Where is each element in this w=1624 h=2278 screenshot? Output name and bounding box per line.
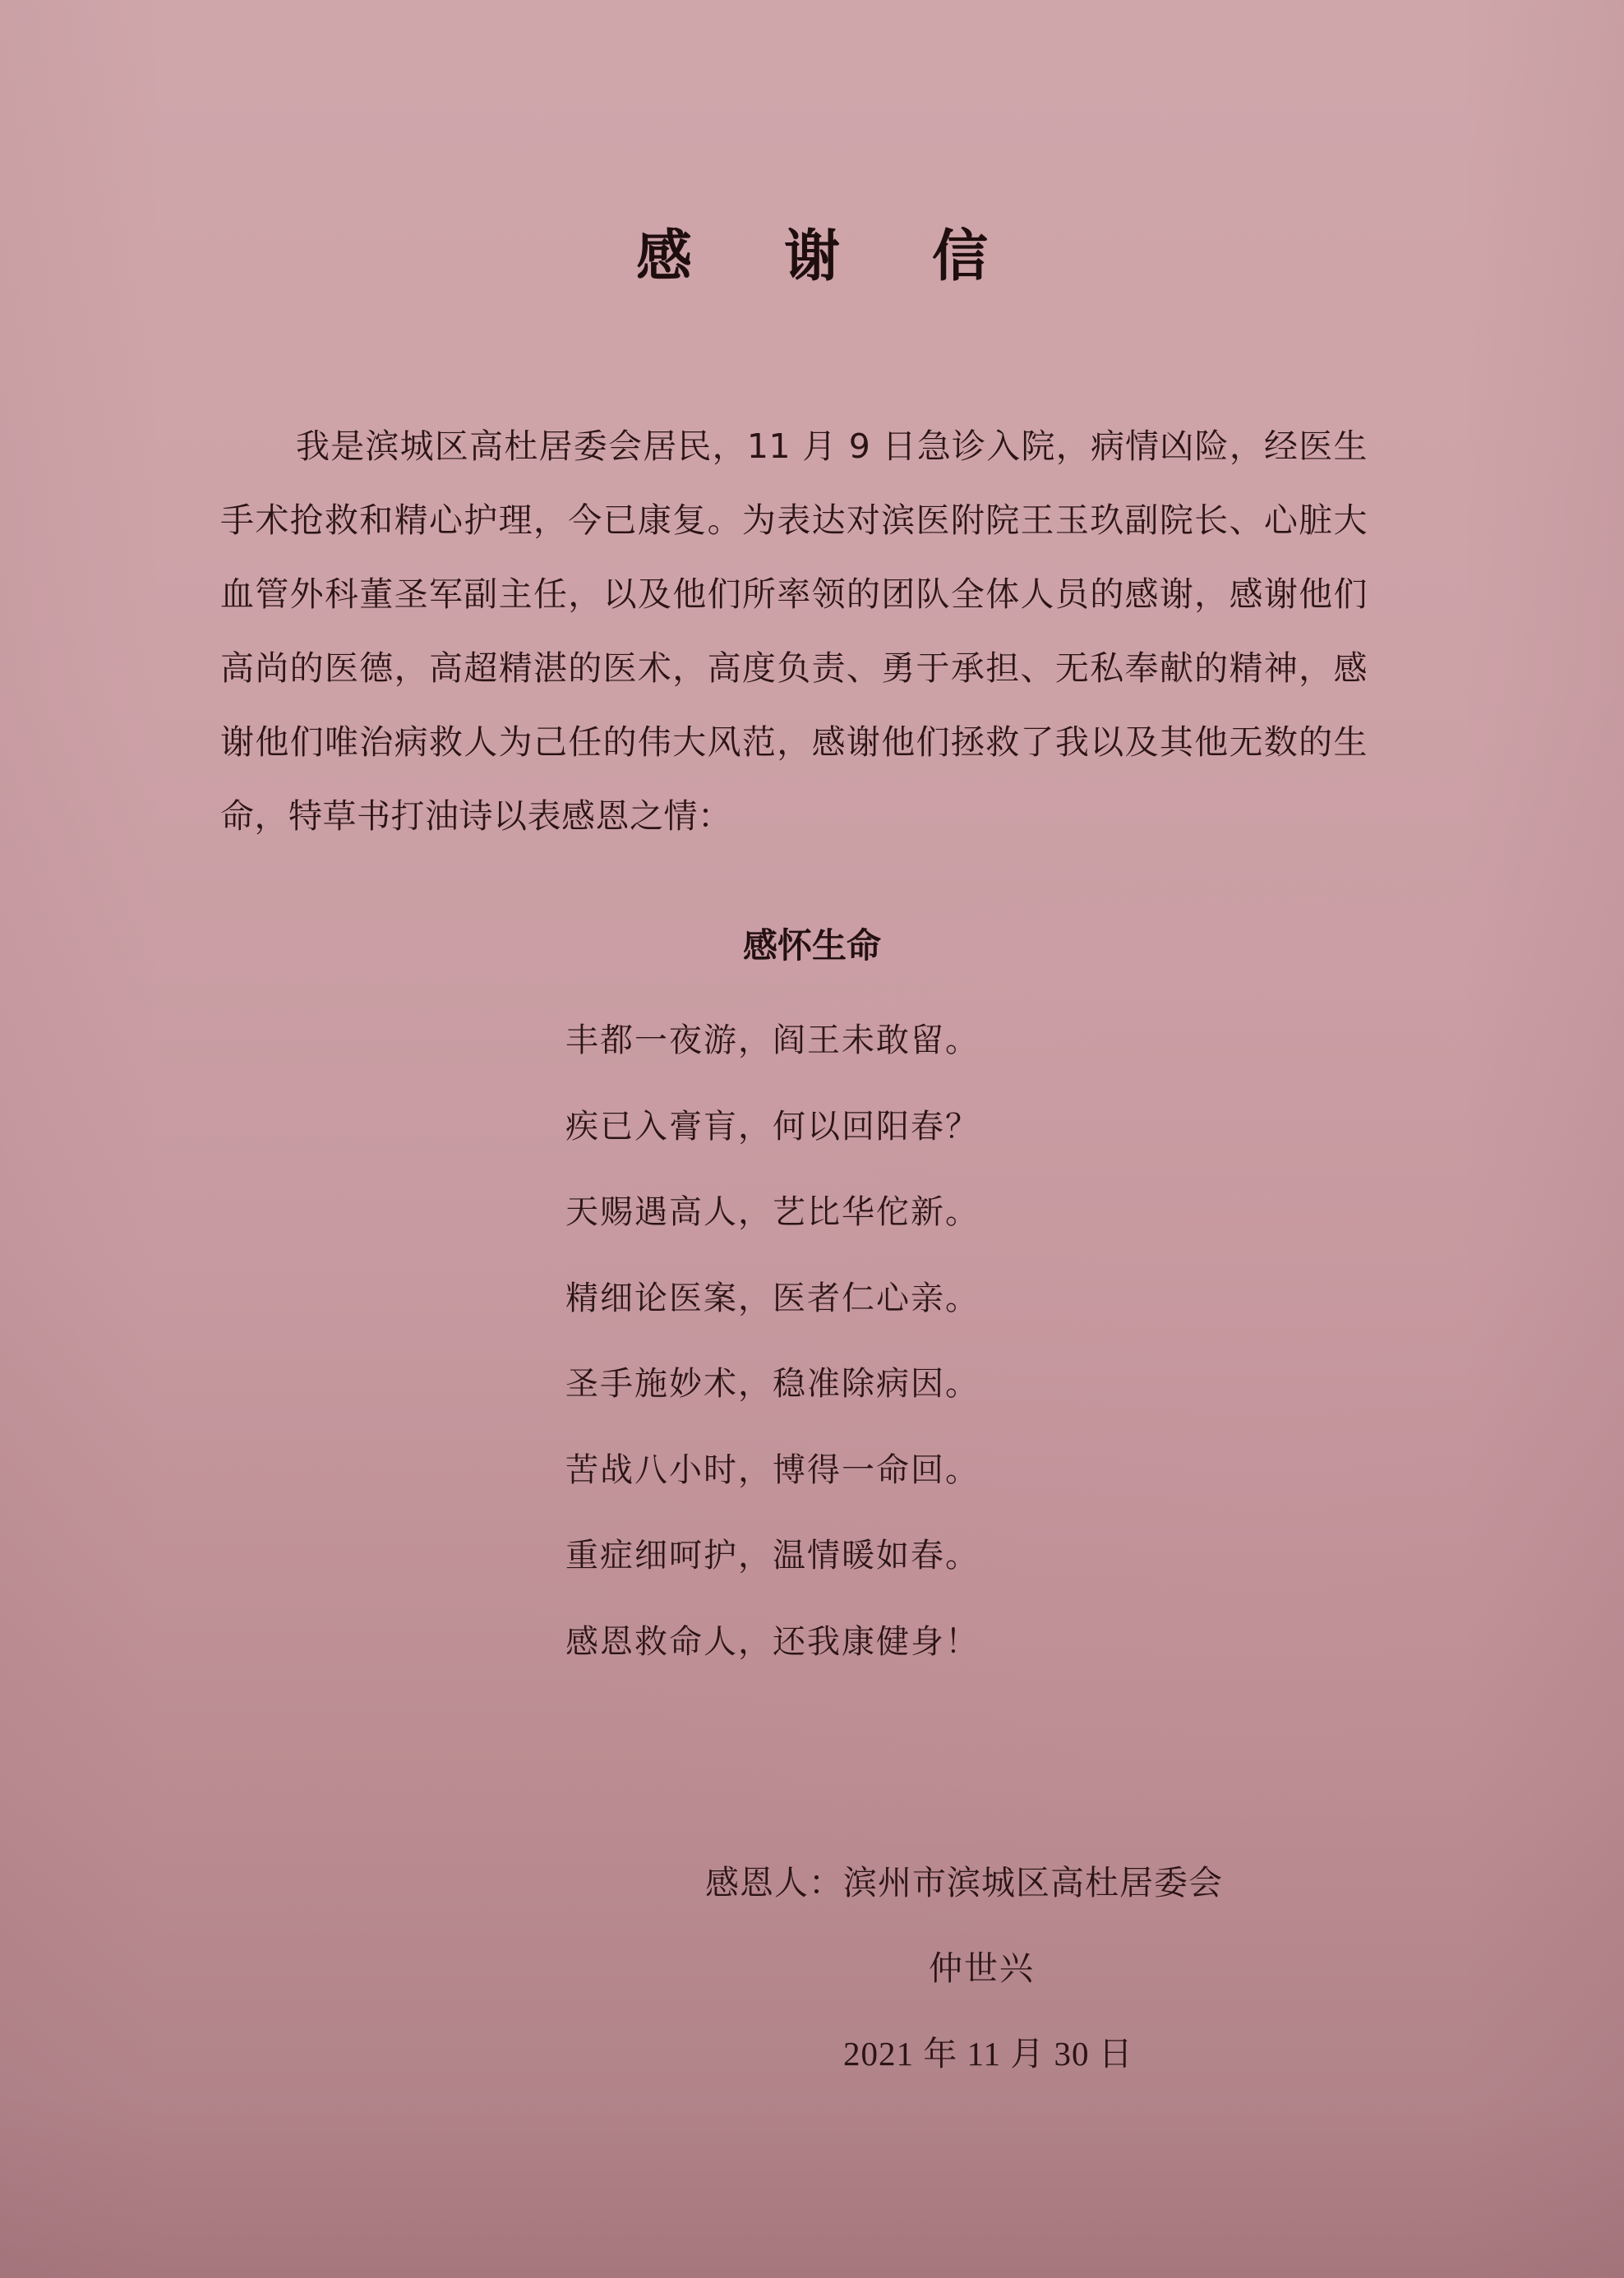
poem-line: 苦战八小时，博得一命回。 <box>565 1427 980 1514</box>
poem-line: 精细论医案，医者仁心亲。 <box>565 1256 980 1342</box>
poem-line: 圣手施妙术，稳准除病因。 <box>565 1341 980 1427</box>
title-char: 感 <box>636 212 692 292</box>
letter-body-paragraph: 我是滨城区高杜居委会居民，11 月 9 日急诊入院，病情凶险，经医生手术抢救和精… <box>220 409 1368 853</box>
poem: 丰都一夜游，阎王未敢留。 疾已入膏肓，何以回阳春？ 天赐遇高人，艺比华佗新。 精… <box>565 998 980 1685</box>
poem-line: 疾已入膏肓，何以回阳春？ <box>565 1084 980 1170</box>
letter-date: 2021 年 11 月 30 日 <box>843 2027 1133 2075</box>
signer-name: 仲世兴 <box>929 1941 1035 1990</box>
poem-line: 丰都一夜游，阎王未敢留。 <box>565 998 980 1084</box>
signature-line: 感恩人：滨州市滨城区高杜居委会 <box>705 1856 1223 1904</box>
poem-line: 天赐遇高人，艺比华佗新。 <box>565 1169 980 1256</box>
letter-title: 感谢信 <box>0 212 1624 292</box>
poem-line: 重症细呵护，温情暖如春。 <box>565 1513 980 1599</box>
thank-you-letter: 感谢信 我是滨城区高杜居委会居民，11 月 9 日急诊入院，病情凶险，经医生手术… <box>0 0 1624 2278</box>
title-char: 谢 <box>784 212 840 292</box>
poem-line: 感恩救命人，还我康健身！ <box>565 1599 980 1685</box>
title-char: 信 <box>932 212 988 292</box>
poem-title: 感怀生命 <box>0 919 1624 968</box>
